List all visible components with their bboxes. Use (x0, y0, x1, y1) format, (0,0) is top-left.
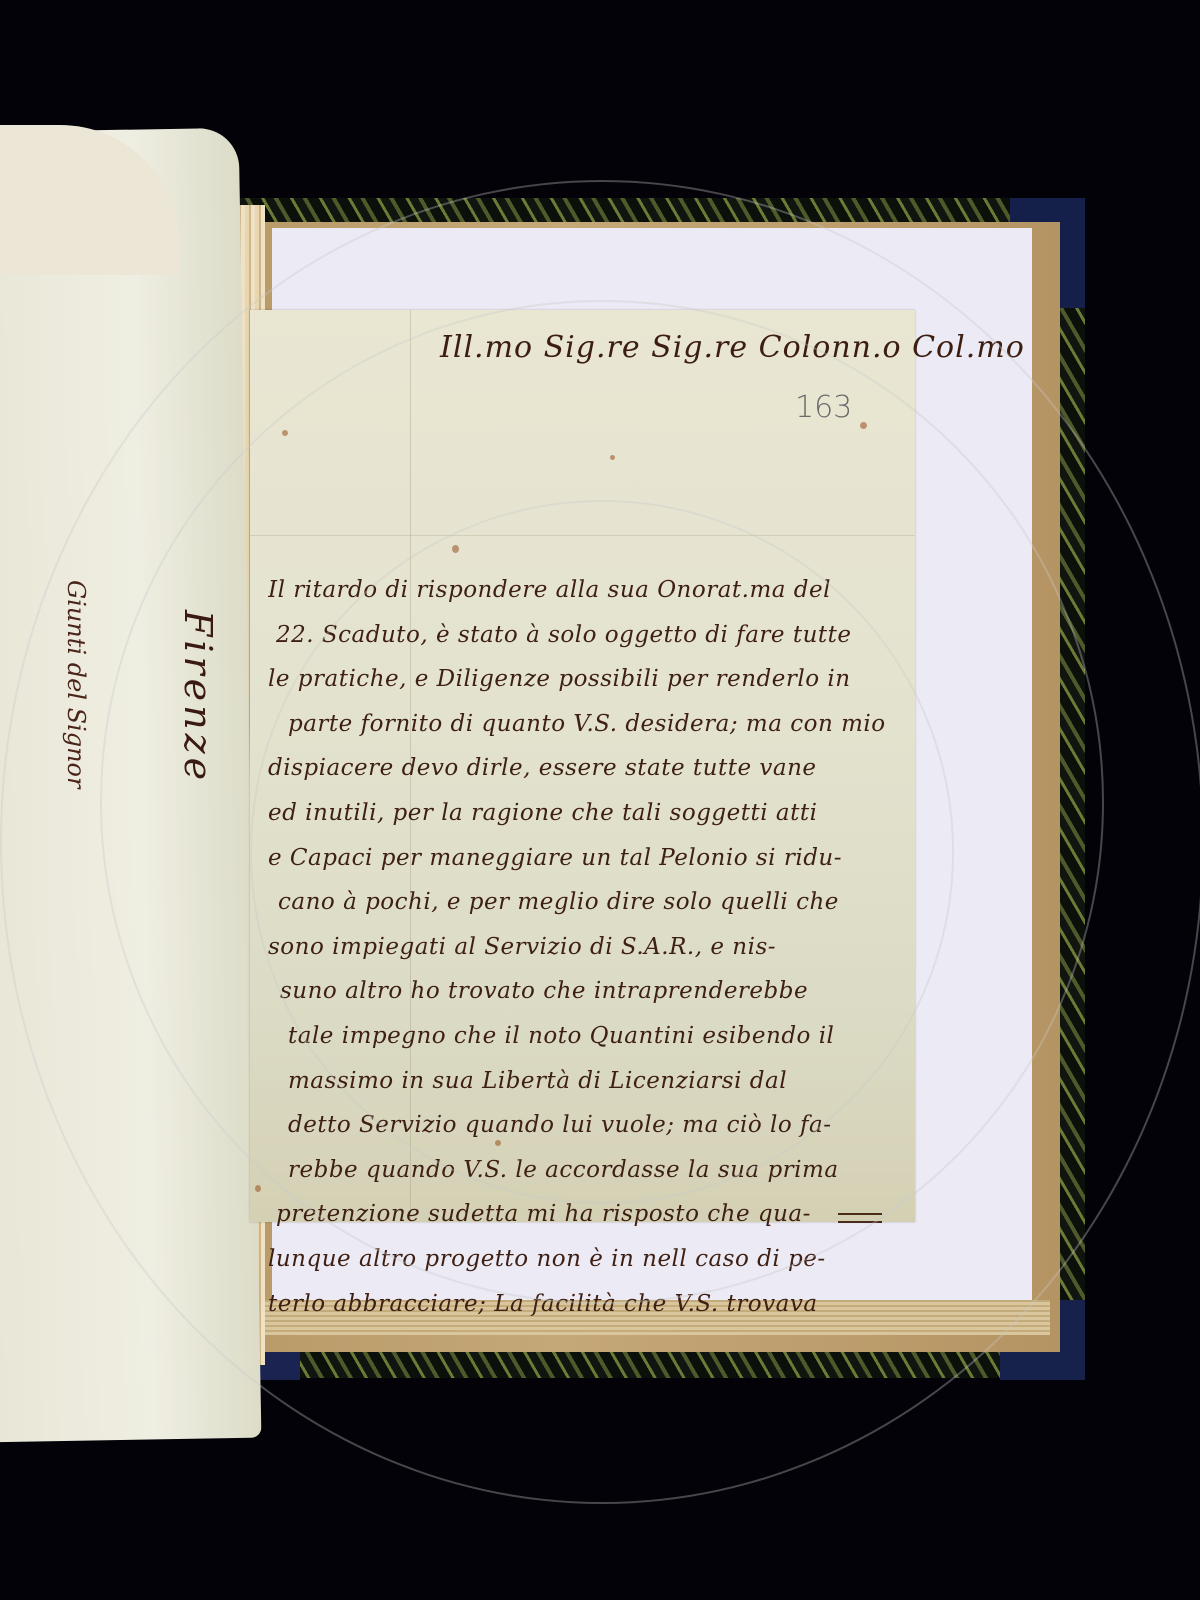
letter-line: Il ritardo di rispondere alla sua Onorat… (268, 568, 908, 613)
letter-line: parte fornito di quanto V.S. desidera; m… (268, 702, 908, 747)
letter-fold-line (250, 535, 915, 536)
foxing-stain (282, 430, 288, 436)
letter-salutation: Ill.mo Sig.re Sig.re Colonn.o Col.mo (440, 330, 1025, 365)
foxing-stain (452, 545, 459, 553)
catchword-mark (838, 1213, 882, 1223)
letter-line: massimo in sua Libertà di Licenziarsi da… (268, 1059, 908, 1104)
letter-line: detto Servizio quando lui vuole; ma ciò … (268, 1103, 908, 1148)
letter-line: cano à pochi, e per meglio dire solo que… (268, 880, 908, 925)
letter-line: le pratiche, e Diligenze possibili per r… (268, 657, 908, 702)
letter-line: dispiacere devo dirle, essere state tutt… (268, 746, 908, 791)
letter-line: terlo abbracciare; La facilità che V.S. … (268, 1282, 908, 1327)
letter-line: e Capaci per maneggiare un tal Pelonio s… (268, 836, 908, 881)
left-page-rotated-text-secondary: Giunti del Signor (30, 580, 90, 1000)
foxing-stain (860, 422, 867, 429)
letter-line: sono impiegati al Servizio di S.A.R., e … (268, 925, 908, 970)
letter-line: lunque altro progetto non è in nell caso… (268, 1237, 908, 1282)
letter-body: Il ritardo di rispondere alla sua Onorat… (268, 568, 908, 1326)
letter-line: rebbe quando V.S. le accordasse la sua p… (268, 1148, 908, 1193)
foxing-stain (255, 1185, 261, 1192)
letter-line: suno altro ho trovato che intraprendereb… (268, 969, 908, 1014)
folio-number: 163 (795, 390, 852, 425)
letter-line: ed inutili, per la ragione che tali sogg… (268, 791, 908, 836)
left-page-rotated-text: Firenze (100, 610, 220, 1030)
letter-line: 22. Scaduto, è stato à solo oggetto di f… (268, 613, 908, 658)
foxing-stain (610, 455, 615, 460)
letter-line: pretenzione sudetta mi ha risposto che q… (268, 1192, 908, 1237)
letter-line: tale impegno che il noto Quantini esiben… (268, 1014, 908, 1059)
